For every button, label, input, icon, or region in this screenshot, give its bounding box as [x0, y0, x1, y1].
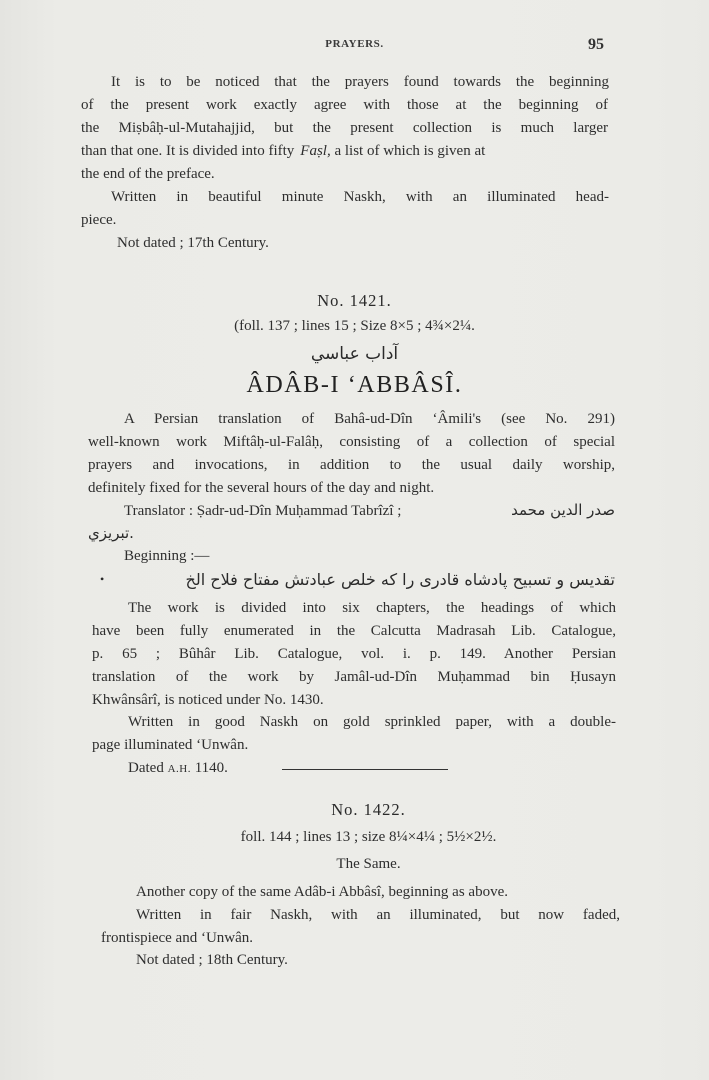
- intro-line-3: the Miṣbâḥ-ul-Mutahajjid, but the presen…: [81, 118, 608, 139]
- entry-1421-writing-line-1: Written in good Naskh on gold sprinkled …: [128, 712, 616, 733]
- intro-line-5: the end of the preface.: [81, 164, 215, 185]
- entry-1422-details: foll. 144 ; lines 13 ; size 8¼×4¼ ; 5½×2…: [0, 829, 709, 846]
- intro-date: Not dated ; 17th Century.: [117, 233, 269, 254]
- translator-arabic-continued: تبريزي.: [88, 524, 134, 542]
- date-era: A.H.: [168, 763, 191, 775]
- beginning-arabic: تقديس و تسبيح پادشاه قادری را که خلص عبا…: [110, 570, 615, 589]
- intro-line-2: of the present work exactly agree with t…: [81, 95, 608, 116]
- entry-1422-date: Not dated ; 18th Century.: [136, 950, 288, 971]
- intro-line-4-rest: Faṣl, a list of which is given at: [294, 141, 608, 162]
- chapters-line-2: have been fully enumerated in the Calcut…: [92, 621, 616, 642]
- date-year: 1140.: [195, 760, 228, 776]
- book-page: PRAYERS. 95 It is to be noticed that the…: [0, 0, 709, 1080]
- entry-1421-translator: Translator : Ṣadr-ud-Dîn Muḥammad Tabrîz…: [124, 500, 615, 522]
- entry-1422-line-3: frontispiece and ‘Unwân.: [101, 928, 253, 949]
- entry-1421-date: Dated A.H. 1140.: [128, 758, 228, 780]
- chapters-line-1: The work is divided into six chapters, t…: [128, 598, 616, 619]
- entry-1421-writing-line-2: page illuminated ‘Unwân.: [92, 735, 248, 756]
- entry-1422-line-1: Another copy of the same Adâb-i Abbâsî, …: [136, 882, 508, 903]
- section-divider: [282, 769, 448, 770]
- entry-1422-number: No. 1422.: [0, 800, 709, 820]
- chapters-line-3: p. 65 ; Bûhâr Lib. Catalogue, vol. i. p.…: [92, 644, 616, 665]
- entry-1421-desc-line-4: definitely fixed for the several hours o…: [88, 478, 434, 499]
- intro-writing-line-1: Written in beautiful minute Naskh, with …: [111, 187, 609, 208]
- fasl-term: Faṣl,: [300, 143, 330, 159]
- beginning-marker: •: [100, 572, 104, 587]
- intro-line-4-a: than that one. It is divided into fifty: [81, 141, 294, 162]
- date-prefix: Dated: [128, 760, 164, 776]
- entry-1421-number: No. 1421.: [0, 291, 709, 311]
- page-number: 95: [588, 36, 604, 54]
- intro-line-1: It is to be noticed that the prayers fou…: [111, 72, 609, 93]
- entry-1421-desc-line-1: A Persian translation of Bahâ-ud-Dîn ‘Âm…: [124, 409, 615, 430]
- entry-1421-desc-line-2: well-known work Miftâḥ-ul-Falâḥ, consist…: [88, 432, 615, 453]
- entry-1421-arabic-title: آداب عباسي: [0, 344, 709, 364]
- translator-label: Translator : Ṣadr-ud-Dîn Muḥammad Tabrîz…: [124, 501, 401, 522]
- entry-1421-title: ÂDÂB-I ‘ABBÂSÎ.: [0, 372, 709, 399]
- entry-1422-title: The Same.: [0, 856, 709, 873]
- entry-1422-line-2: Written in fair Naskh, with an illuminat…: [136, 905, 620, 926]
- intro-writing-line-2: piece.: [81, 210, 116, 231]
- intro-line-4-b: a list of which is given at: [334, 143, 485, 159]
- chapters-line-5: Khwânsârî, is noticed under No. 1430.: [92, 690, 324, 711]
- translator-arabic: صدر الدين محمد: [511, 500, 615, 521]
- chapters-line-4: translation of the work by Jamâl-ud-Dîn …: [92, 667, 616, 688]
- intro-line-4: than that one. It is divided into fifty …: [81, 141, 608, 162]
- entry-1421-desc-line-3: prayers and invocations, in addition to …: [88, 455, 615, 476]
- beginning-quote: • تقديس و تسبيح پادشاه قادری را که خلص ع…: [100, 570, 615, 589]
- beginning-label: Beginning :—: [124, 546, 209, 567]
- entry-1421-details: (foll. 137 ; lines 15 ; Size 8×5 ; 4¾×2¼…: [0, 318, 709, 335]
